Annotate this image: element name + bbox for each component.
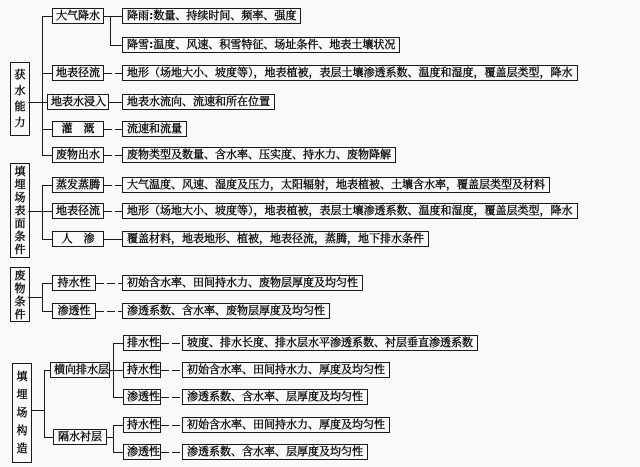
detail-runoff-factors-2: 地形（场地大小、坡度等），地表植被，表层土壤渗透系数、温度和湿度，覆盖层类型，降… <box>122 203 578 219</box>
section-landfill-surface-conditions: 填埋场表面条件 <box>10 163 30 258</box>
prop-drainage: 排水性 <box>123 335 161 351</box>
section-label: 废物条件 <box>14 269 26 321</box>
detail-infiltration-factors: 覆盖材料，地表地形、植被，地表径流，蒸腾，地下排水条件 <box>122 231 429 247</box>
prop-water-retention-drain: 持水性 <box>123 362 161 378</box>
prop-permeability-liner: 渗透性 <box>123 444 161 460</box>
branch-lateral-drainage-layer: 横向排水层 <box>50 362 110 378</box>
detail-irrigation-flow: 流速和流量 <box>122 121 187 137</box>
detail-evapotranspiration-factors: 大气温度、风速、湿度及压力，太阳辐射，地表植被、土壤含水率，覆盖层类型及材料 <box>122 177 550 193</box>
detail-water-retention-liner: 初始含水率、田间持水力、厚度及均匀性 <box>182 417 390 433</box>
prop-permeability-drain: 渗透性 <box>123 389 161 405</box>
landfill-water-balance-diagram: 获水能力 填埋场表面条件 废物条件 填埋场构造 大气降水 地表径流 地表水浸入 … <box>0 0 640 467</box>
detail-permeability-drain: 渗透系数、含水率、层厚度及均匀性 <box>182 389 368 405</box>
section-label: 填埋场构造 <box>16 368 28 458</box>
section-label: 填埋场表面条件 <box>14 165 26 256</box>
branch-surface-runoff-1: 地表径流 <box>52 65 104 81</box>
detail-surface-water-flow: 地表水流向、流速和所在位置 <box>122 94 275 110</box>
detail-waste-outflow-factors: 废物类型及数量、含水率、压实度、持水力、废物降解 <box>122 147 396 163</box>
detail-permeability-waste: 渗透系数、含水率、废物层厚度及均匀性 <box>122 303 330 319</box>
detail-permeability-liner: 渗透系数、含水率、层厚度及均匀性 <box>182 444 368 460</box>
branch-atmospheric-precipitation: 大气降水 <box>52 8 104 24</box>
branch-surface-runoff-2: 地表径流 <box>52 203 104 219</box>
section-label: 获水能力 <box>14 67 26 131</box>
section-waste-conditions: 废物条件 <box>10 267 30 322</box>
branch-evapotranspiration: 蒸发蒸腾 <box>52 177 104 193</box>
detail-snowfall-factors: 降雪:温度、风速、积雪特征、场址条件、地表土壤状况 <box>122 37 400 53</box>
prop-water-retention-liner: 持水性 <box>123 417 161 433</box>
branch-irrigation: 灌 溉 <box>52 121 104 137</box>
detail-rainfall-factors: 降雨:数量、持续时间、频率、强度 <box>122 8 301 24</box>
section-landfill-structure: 填埋场构造 <box>12 363 32 463</box>
detail-runoff-factors-1: 地形（场地大小、坡度等），地表植被，表层土壤渗透系数、温度和湿度，覆盖层类型，降… <box>122 65 578 81</box>
section-water-gain-capacity: 获水能力 <box>10 62 30 136</box>
branch-waste-outflow: 废物出水 <box>52 147 104 163</box>
detail-drainage-factors: 坡度、排水长度、排水层水平渗透系数、衬层垂直渗透系数 <box>182 335 478 351</box>
branch-water-retention-waste: 持水性 <box>52 275 96 291</box>
branch-infiltration: 人 渗 <box>52 231 104 247</box>
branch-surface-water-intrusion: 地表水浸入 <box>47 94 109 110</box>
detail-water-retention-waste: 初始含水率、田间持水力、废物层厚度及均匀性 <box>122 275 363 291</box>
detail-water-retention-drain: 初始含水率、田间持水力、厚度及均匀性 <box>182 362 390 378</box>
branch-impermeable-liner: 隔水衬层 <box>53 429 107 445</box>
branch-permeability-waste: 渗透性 <box>52 303 96 319</box>
